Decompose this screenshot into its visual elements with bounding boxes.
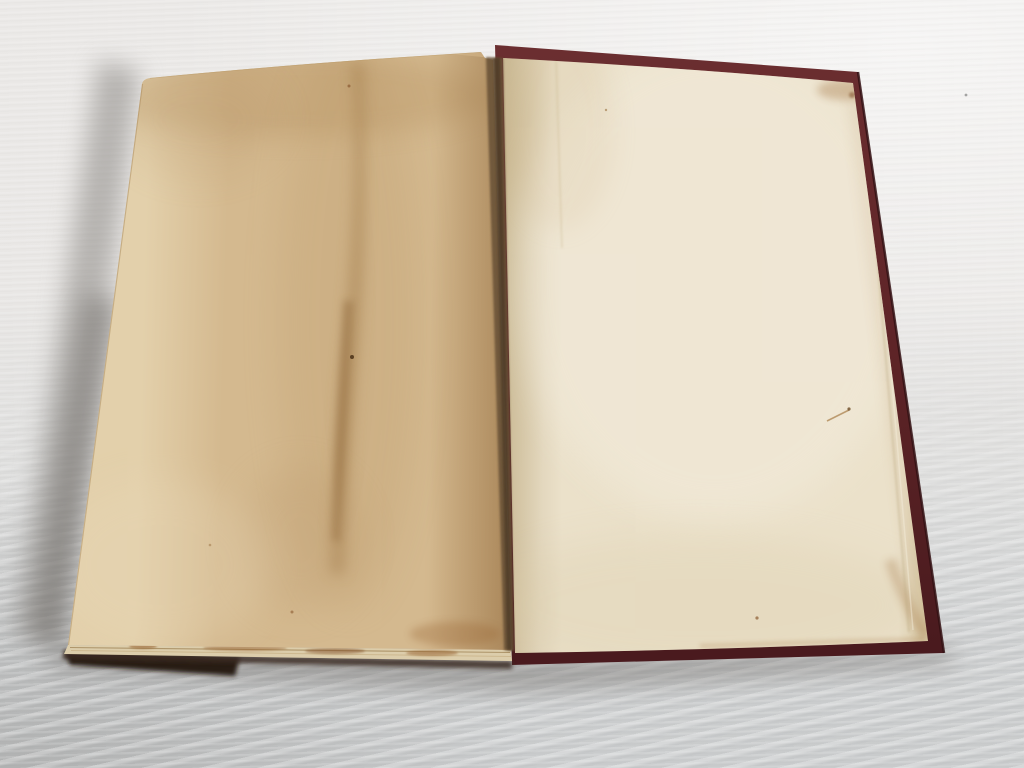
right-page-speck-top	[605, 109, 607, 111]
left-page-speck-top	[348, 85, 351, 88]
photo-of-open-book: An antique hardcover book with a dark ma…	[0, 0, 1024, 768]
scratch-end-dot	[847, 407, 850, 410]
surface-speck	[965, 94, 968, 97]
top-corner-stain	[817, 80, 873, 100]
stain-top-left-blob	[120, 65, 280, 175]
stack-rust-stain-4	[406, 650, 458, 656]
book-illustration	[0, 0, 1024, 768]
top-corner-stain-dot	[849, 92, 855, 98]
right-page-speck-bottom	[755, 616, 758, 619]
left-page-speck-bottom	[291, 611, 294, 614]
left-page-speck-center	[350, 355, 354, 359]
stack-rust-stain-3	[305, 648, 365, 654]
bottom-edge-rust-blob	[410, 622, 500, 646]
left-page-speck-low-left	[209, 544, 212, 547]
